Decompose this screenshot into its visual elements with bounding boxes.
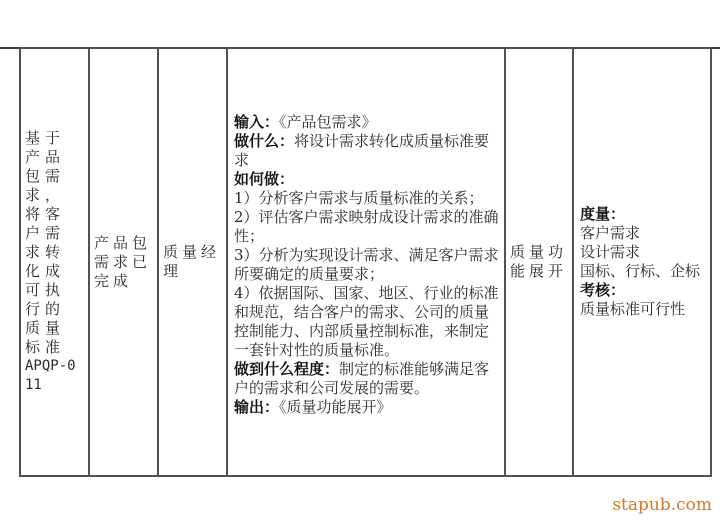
degree-label: 做到什么程度： bbox=[234, 360, 339, 378]
how-label: 如何做： bbox=[234, 170, 500, 189]
cell-role: 质量经理 bbox=[158, 48, 227, 476]
step-2: 2）评估客户需求映射成设计需求的准确性； bbox=[234, 208, 500, 246]
cell-description: 输入：《产品包需求》 做什么：将设计需求转化成质量标准要求 如何做： 1）分析客… bbox=[227, 48, 505, 476]
activity-code-line2: 11 bbox=[25, 376, 84, 395]
table-row: 基于产品包需求，将客户需求转化成可执行的质量标准 APQP-0 11 产品包需求… bbox=[20, 48, 711, 476]
watermark: stapub.com bbox=[612, 495, 712, 515]
output-line: 输出：《质量功能展开》 bbox=[234, 398, 500, 417]
step-4: 4）依据国际、国家、地区、行业的标准和规范，结合客户的需求、公司的质量控制能力、… bbox=[234, 284, 500, 360]
cell-metrics: 度量： 客户需求 设计需求 国标、行标、企标 考核： 质量标准可行性 bbox=[573, 48, 711, 476]
output-doc-text: 质量功能展开 bbox=[510, 243, 567, 280]
output-label: 输出： bbox=[234, 398, 279, 416]
assess-value: 质量标准可行性 bbox=[580, 300, 706, 319]
measure-item-3: 国标、行标、企标 bbox=[580, 262, 706, 281]
what-line: 做什么：将设计需求转化成质量标准要求 bbox=[234, 132, 500, 170]
measure-item-1: 客户需求 bbox=[580, 224, 706, 243]
cell-output: 质量功能展开 bbox=[505, 48, 573, 476]
input-label: 输入： bbox=[234, 113, 279, 131]
cell-precondition: 产品包需求已完成 bbox=[89, 48, 158, 476]
cell-activity: 基于产品包需求，将客户需求转化成可执行的质量标准 APQP-0 11 bbox=[20, 48, 89, 476]
role-text: 质量经理 bbox=[163, 243, 220, 280]
measure-label: 度量： bbox=[580, 205, 706, 224]
what-label: 做什么： bbox=[234, 132, 294, 150]
activity-code-line1: APQP-0 bbox=[25, 357, 84, 376]
measure-item-2: 设计需求 bbox=[580, 243, 706, 262]
precondition-text: 产品包需求已完成 bbox=[94, 234, 151, 290]
degree-line: 做到什么程度：制定的标准能够满足客户的需求和公司发展的需要。 bbox=[234, 360, 500, 398]
process-table: 基于产品包需求，将客户需求转化成可执行的质量标准 APQP-0 11 产品包需求… bbox=[19, 47, 712, 477]
output-value: 《质量功能展开》 bbox=[279, 398, 392, 416]
step-3: 3）分析为实现设计需求、满足客户需求所要确定的质量要求； bbox=[234, 246, 500, 284]
input-value: 《产品包需求》 bbox=[279, 113, 377, 131]
step-1: 1）分析客户需求与质量标准的关系； bbox=[234, 189, 500, 208]
assess-label: 考核： bbox=[580, 281, 706, 300]
activity-text: 基于产品包需求，将客户需求转化成可执行的质量标准 bbox=[25, 129, 65, 356]
input-line: 输入：《产品包需求》 bbox=[234, 113, 500, 132]
